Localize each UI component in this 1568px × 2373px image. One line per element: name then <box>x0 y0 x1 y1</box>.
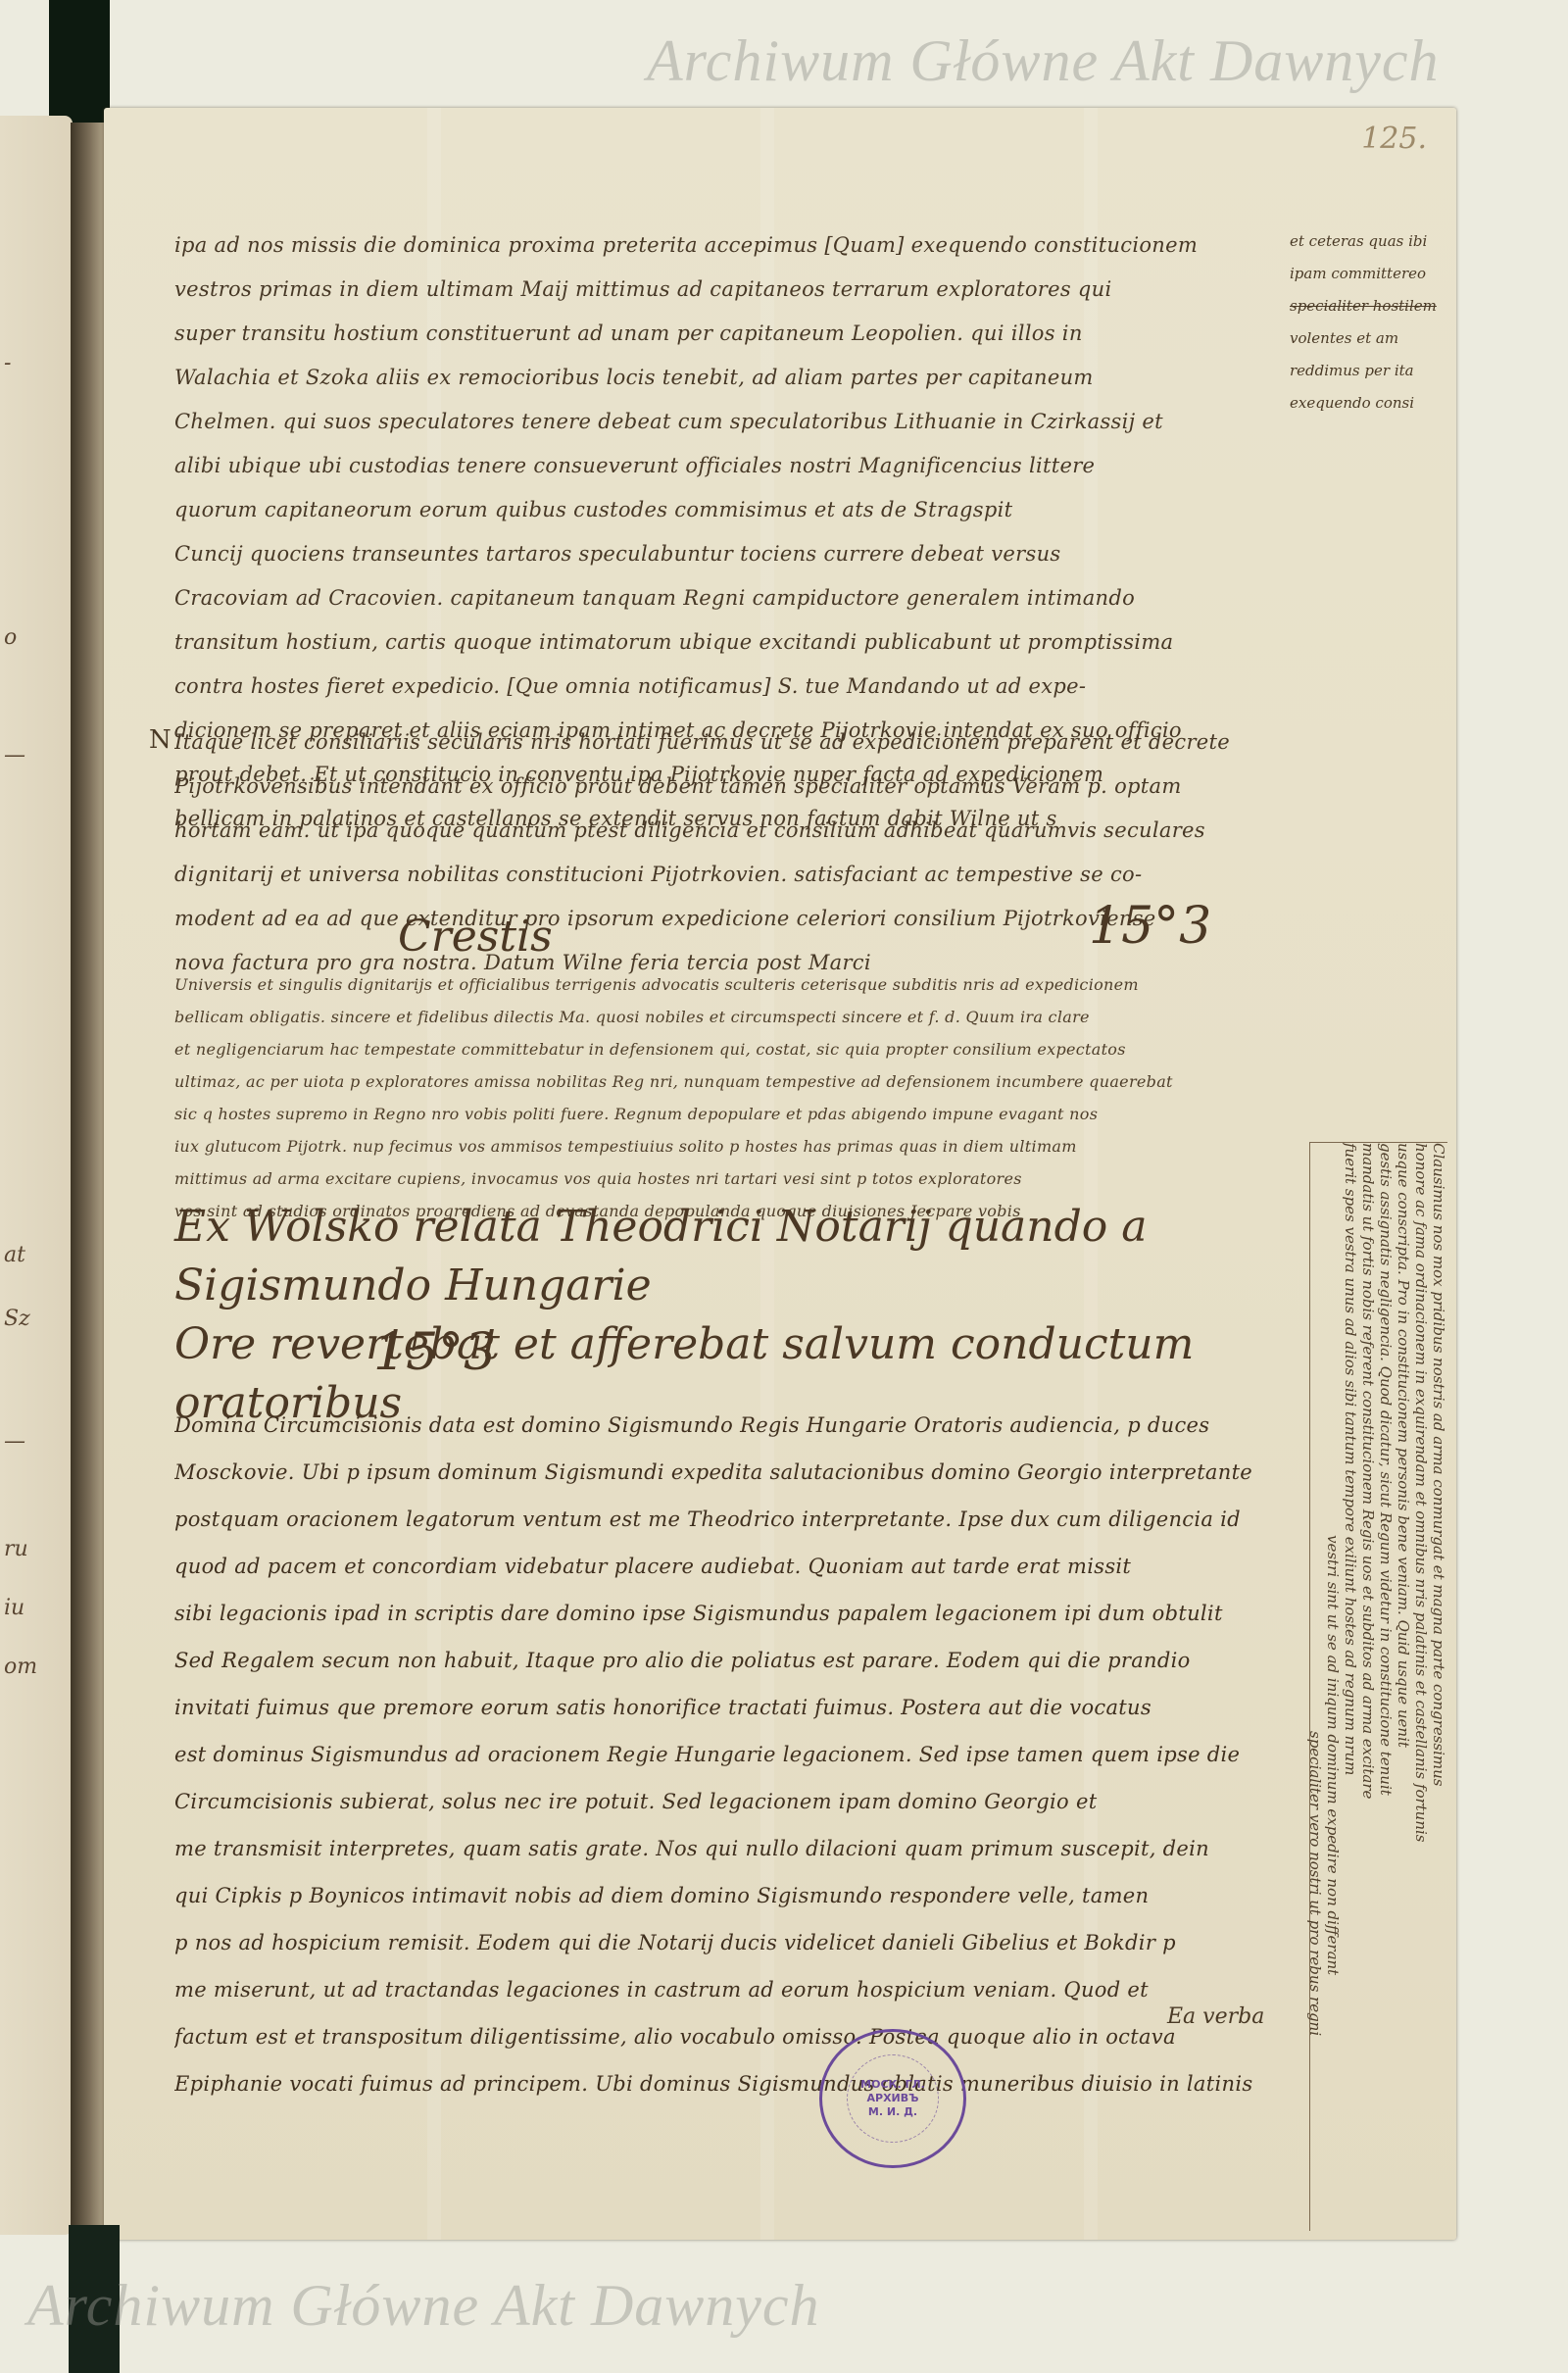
book-gutter <box>71 123 106 2230</box>
margin-column: gestis assignatis negligencia. Quod dica… <box>1377 1143 1395 2221</box>
text-line: factum est et transpositum diligentissim… <box>174 2013 1341 2060</box>
margin-column: honore ac fama ordinacionem in exquirend… <box>1412 1143 1430 2221</box>
left-page-fragment: ru <box>4 1537 28 1561</box>
text-line: dignitarij et universa nobilitas constit… <box>174 853 1341 897</box>
text-line: Sed Regalem secum non habuit, Itaque pro… <box>174 1637 1341 1684</box>
section-3-text: Domina Circumcisionis data est domino Si… <box>174 1402 1341 2107</box>
text-line: sic q hostes supremo in Regno nro vobis … <box>174 1098 1341 1130</box>
marginal-note-vertical: Clausimus nos mox pridibus nostris ad ar… <box>1309 1142 1447 2231</box>
left-page-fragment: — <box>4 1429 25 1454</box>
text-line: invitati fuimus que premore eorum satis … <box>174 1684 1341 1731</box>
text-line: est dominus Sigismundus ad oracionem Reg… <box>174 1731 1341 1778</box>
margin-column: mandatis ut fortis nobis referent consti… <box>1359 1143 1377 2221</box>
text-line: Chelmen. qui suos speculatores tenere de… <box>174 400 1341 444</box>
text-line: contra hostes fieret expedicio. [Que omn… <box>174 665 1341 709</box>
manuscript-page: 125. ipa ad nos missis die dominica prox… <box>104 108 1456 2240</box>
left-page-fragment: iu <box>4 1596 24 1620</box>
text-line: super transitu hostium constituerunt ad … <box>174 312 1341 356</box>
margin-column: usque conscripta. Pro in constitucionem … <box>1395 1143 1412 2221</box>
heading-line-1: Ex Wolsko relata Theodrici Notarij quand… <box>174 1198 1380 1315</box>
text-line: quod ad pacem et concordiam videbatur pl… <box>174 1543 1341 1590</box>
margin-column: fuerit spes vestra unus ad alios sibi ta… <box>1342 1143 1359 2221</box>
text-line: me transmisit interpretes, quam satis gr… <box>174 1825 1341 1872</box>
margin-column: specialiter vero nostri ut pro rebus reg… <box>1306 1731 1324 2221</box>
archive-watermark-bottom: Archiwum Główne Akt Dawnych <box>27 2272 820 2340</box>
marginal-note-verba: Ea verba <box>1167 2004 1264 2029</box>
margin-line: reddimus per ita <box>1290 355 1456 387</box>
text-line: hortam eam. ut ipa quoque quantum ptest … <box>174 809 1341 853</box>
binding-strip-top <box>49 0 110 127</box>
margin-column: Clausimus nos mox pridibus nostris ad ar… <box>1430 1143 1447 2221</box>
left-page-fragment: at <box>4 1243 25 1267</box>
text-line: Itaque licet consiliariis secularis nris… <box>174 720 1341 765</box>
text-line: Epiphanie vocati fuimus ad principem. Ub… <box>174 2060 1341 2107</box>
stamp-inner-text: М. И. Д. <box>868 2105 917 2119</box>
left-page-fragment: - <box>4 351 11 375</box>
stamp-outer-text: МОСК. ГЛ. АРХИВЪ <box>848 2078 938 2105</box>
text-line: Walachia et Szoka aliis ex remocioribus … <box>174 356 1341 400</box>
margin-line: et ceteras quas ibi <box>1290 225 1456 258</box>
text-line: qui Cipkis p Boynicos intimavit nobis ad… <box>174 1872 1341 1919</box>
adjacent-left-page: - o — at Sz — ru iu om <box>0 116 73 2235</box>
text-line: et negligenciarum hac tempestate committ… <box>174 1033 1341 1065</box>
section-title-crestis: Crestis <box>398 912 553 962</box>
text-line: mittimus ad arma excitare cupiens, invoc… <box>174 1162 1341 1195</box>
folio-number: 125. <box>1361 122 1427 156</box>
text-line: alibi ubique ubi custodias tenere consue… <box>174 444 1341 488</box>
margin-line: ipam committereo <box>1290 258 1456 290</box>
text-line: Circumcisionis subierat, solus nec ire p… <box>174 1778 1341 1825</box>
text-line: sibi legacionis ipad in scriptis dare do… <box>174 1590 1341 1637</box>
marginal-note-top-right: et ceteras quas ibi ipam committereo spe… <box>1290 225 1456 420</box>
crestis-text: Universis et singulis dignitarijs et off… <box>174 968 1341 1227</box>
text-line: ultimaz, ac per uiota p exploratores ami… <box>174 1065 1341 1098</box>
text-line: iux glutucom Pijotrk. nup fecimus vos am… <box>174 1130 1341 1162</box>
text-line: me miserunt, ut ad tractandas legaciones… <box>174 1966 1341 2013</box>
left-page-fragment: om <box>4 1655 37 1679</box>
archive-watermark-top: Archiwum Główne Akt Dawnych <box>647 27 1440 95</box>
text-line: p nos ad hospicium remisit. Eodem qui di… <box>174 1919 1341 1966</box>
text-line: bellicam obligatis. sincere et fidelibus… <box>174 1001 1341 1033</box>
text-line: Mosckovie. Ubi p ipsum dominum Sigismund… <box>174 1449 1341 1496</box>
paragraph-marker: N <box>149 725 171 755</box>
left-page-fragment: — <box>4 743 25 767</box>
text-line: Universis et singulis dignitarijs et off… <box>174 968 1341 1001</box>
margin-line-struck: specialiter hostilem <box>1290 290 1456 322</box>
left-page-fragment: Sz <box>4 1307 30 1331</box>
date-1503: 15°3 <box>1089 897 1211 956</box>
section-heading: Ex Wolsko relata Theodrici Notarij quand… <box>174 1198 1380 1433</box>
margin-line: exequendo consi <box>1290 387 1456 420</box>
text-line: Pijotrkovensibus intendant ex officio pr… <box>174 765 1341 809</box>
text-line: vestros primas in diem ultimam Maij mitt… <box>174 268 1341 312</box>
text-line: postquam oracionem legatorum ventum est … <box>174 1496 1341 1543</box>
text-line: quorum capitaneorum eorum quibus custode… <box>174 488 1341 532</box>
margin-line: volentes et am <box>1290 322 1456 355</box>
archive-stamp: МОСК. ГЛ. АРХИВЪ М. И. Д. <box>819 2029 966 2168</box>
text-line: Cuncij quociens transeuntes tartaros spe… <box>174 532 1341 576</box>
left-page-fragment: o <box>4 625 17 650</box>
margin-column: vestri sint ut se ad iniqum dominum expe… <box>1324 1535 1342 2221</box>
text-line: Domina Circumcisionis data est domino Si… <box>174 1402 1341 1449</box>
date-1503: 15°3 <box>373 1323 496 1382</box>
text-line: ipa ad nos missis die dominica proxima p… <box>174 223 1341 268</box>
text-line: Cracoviam ad Cracovien. capitaneum tanqu… <box>174 576 1341 620</box>
text-line: transitum hostium, cartis quoque intimat… <box>174 620 1341 665</box>
